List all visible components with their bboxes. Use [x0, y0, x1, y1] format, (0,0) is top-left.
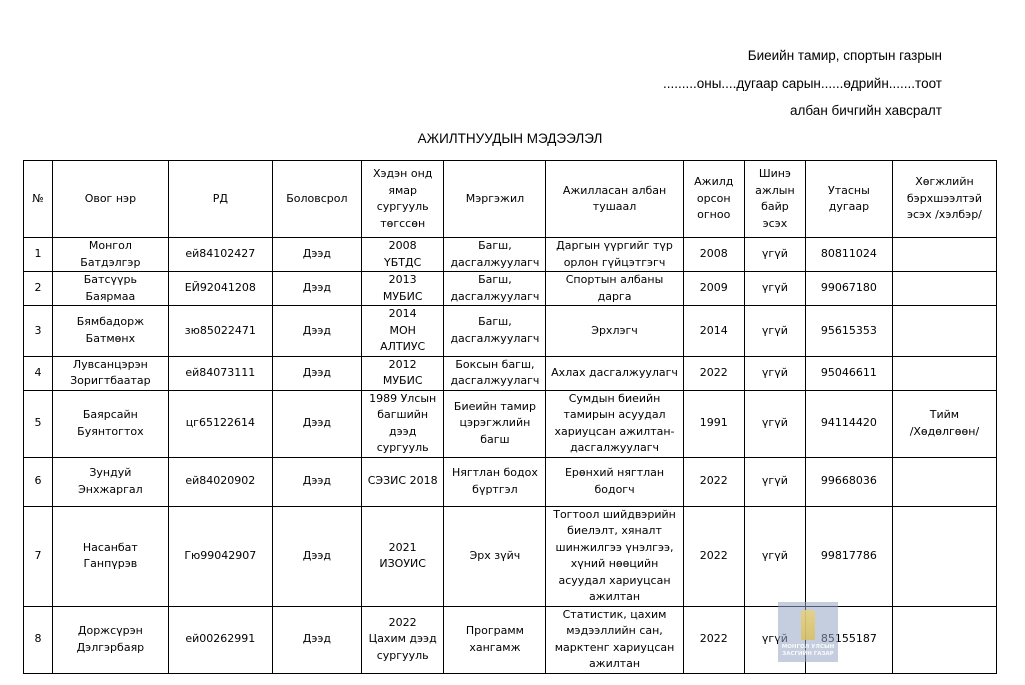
cell-col-new-job: үгүй [744, 306, 805, 357]
header-col-education: Боловсрол [272, 161, 361, 238]
header-col-profession: Мэргэжил [444, 161, 546, 238]
header-col-full-name: Овог нэр [52, 161, 168, 238]
cell-col-disability: Тийм /Хөдөлгөөн/ [892, 390, 996, 457]
header-col-start-date: Ажилд орсон огноо [683, 161, 744, 238]
header-line-letter-number: .........оны....дугаар сарын......өдрийн… [663, 76, 942, 91]
cell-col-start-date: 2022 [683, 457, 744, 506]
cell-col-position: Ерөнхий нягтлан бодогч [546, 457, 683, 506]
table-row: 8Доржсүрэн Дэлгэрбаярей00262991Дээд2022 … [24, 606, 997, 673]
table-row: 6Зундуй Энхжаргалей84020902ДээдСЭЗИС 201… [24, 457, 997, 506]
cell-col-graduation: 2014 МОН АЛТИУС [361, 306, 444, 357]
cell-col-disability [892, 457, 996, 506]
cell-col-education: Дээд [272, 606, 361, 673]
header-col-position: Ажилласан албан тушаал [546, 161, 683, 238]
cell-col-register-id: ЕЙ92041208 [168, 272, 272, 306]
cell-col-full-name: Монгол Батдэлгэр [52, 238, 168, 272]
cell-col-number: 8 [24, 606, 53, 673]
cell-col-full-name: Баярсайн Буянтогтох [52, 390, 168, 457]
cell-col-graduation: 2022 Цахим дээд сургууль [361, 606, 444, 673]
cell-col-disability [892, 238, 996, 272]
table-row: 3Бямбадорж Батмөнхзю85022471Дээд2014 МОН… [24, 306, 997, 357]
cell-col-graduation: 2013 МУБИС [361, 272, 444, 306]
cell-col-graduation: 2021 ИЗОУИС [361, 506, 444, 606]
header-col-phone: Утасны дугаар [805, 161, 892, 238]
table-header-row: №Овог нэрРДБоловсролХэдэн онд ямар сургу… [24, 161, 997, 238]
cell-col-new-job: үгүй [744, 356, 805, 390]
cell-col-graduation: 2008 ҮБТДС [361, 238, 444, 272]
cell-col-position: Статистик, цахим мэдээллийн сан, марктен… [546, 606, 683, 673]
cell-col-position: Тогтоол шийдвэрийн биелэлт, хяналт шинжи… [546, 506, 683, 606]
table-row: 4Лувсанцэрэн Зоригтбаатарей84073111Дээд2… [24, 356, 997, 390]
cell-col-number: 7 [24, 506, 53, 606]
cell-col-start-date: 2022 [683, 356, 744, 390]
header-col-graduation: Хэдэн онд ямар сургууль төгссөн [361, 161, 444, 238]
cell-col-number: 4 [24, 356, 53, 390]
cell-col-education: Дээд [272, 390, 361, 457]
cell-col-phone: 95615353 [805, 306, 892, 357]
table-row: 7Насанбат ГанпүрэвГю99042907Дээд2021 ИЗО… [24, 506, 997, 606]
document-title: АЖИЛТНУУДЫН МЭДЭЭЛЭЛ [0, 131, 1020, 146]
table-body: 1Монгол Батдэлгэрей84102427Дээд2008 ҮБТД… [24, 238, 997, 674]
cell-col-disability [892, 606, 996, 673]
header-line-attachment: албан бичгийн хавсралт [790, 103, 942, 118]
cell-col-phone: 80811024 [805, 238, 892, 272]
cell-col-graduation: 2012 МУБИС [361, 356, 444, 390]
employee-table: №Овог нэрРДБоловсролХэдэн онд ямар сургу… [23, 160, 997, 674]
cell-col-register-id: ей84102427 [168, 238, 272, 272]
cell-col-full-name: Лувсанцэрэн Зоригтбаатар [52, 356, 168, 390]
cell-col-graduation: 1989 Улсын багшийн дээд сургууль [361, 390, 444, 457]
cell-col-register-id: зю85022471 [168, 306, 272, 357]
header-line-agency: Биеийн тамир, спортын газрын [748, 48, 942, 63]
cell-col-education: Дээд [272, 272, 361, 306]
cell-col-number: 1 [24, 238, 53, 272]
cell-col-start-date: 2014 [683, 306, 744, 357]
cell-col-new-job: үгүй [744, 457, 805, 506]
cell-col-phone: 95046611 [805, 356, 892, 390]
cell-col-phone: 99817786 [805, 506, 892, 606]
cell-col-register-id: ей84020902 [168, 457, 272, 506]
table-row: 2Батсүүрь БаярмааЕЙ92041208Дээд2013 МУБИ… [24, 272, 997, 306]
cell-col-full-name: Бямбадорж Батмөнх [52, 306, 168, 357]
header-col-disability: Хөгжлийн бэрхшээлтэй эсэх /хэлбэр/ [892, 161, 996, 238]
cell-col-profession: Багш, дасгалжуулагч [444, 272, 546, 306]
cell-col-new-job: үгүй [744, 506, 805, 606]
cell-col-number: 5 [24, 390, 53, 457]
header-col-register-id: РД [168, 161, 272, 238]
cell-col-position: Эрхлэгч [546, 306, 683, 357]
cell-col-new-job: үгүй [744, 606, 805, 673]
cell-col-position: Спортын албаны дарга [546, 272, 683, 306]
cell-col-position: Даргын үүргийг түр орлон гүйцэтгэгч [546, 238, 683, 272]
cell-col-disability [892, 306, 996, 357]
cell-col-profession: Боксын багш, дасгалжуулагч [444, 356, 546, 390]
cell-col-phone: 99668036 [805, 457, 892, 506]
cell-col-disability [892, 506, 996, 606]
cell-col-profession: Багш, дасгалжуулагч [444, 306, 546, 357]
cell-col-start-date: 2022 [683, 606, 744, 673]
cell-col-register-id: ей84073111 [168, 356, 272, 390]
cell-col-full-name: Зундуй Энхжаргал [52, 457, 168, 506]
cell-col-full-name: Батсүүрь Баярмаа [52, 272, 168, 306]
header-col-new-job: Шинэ ажлын байр эсэх [744, 161, 805, 238]
cell-col-register-id: цг65122614 [168, 390, 272, 457]
cell-col-register-id: ей00262991 [168, 606, 272, 673]
cell-col-number: 6 [24, 457, 53, 506]
cell-col-number: 2 [24, 272, 53, 306]
cell-col-education: Дээд [272, 356, 361, 390]
cell-col-new-job: үгүй [744, 272, 805, 306]
cell-col-profession: Эрх зүйч [444, 506, 546, 606]
cell-col-number: 3 [24, 306, 53, 357]
cell-col-start-date: 2022 [683, 506, 744, 606]
cell-col-full-name: Доржсүрэн Дэлгэрбаяр [52, 606, 168, 673]
header-col-number: № [24, 161, 53, 238]
cell-col-start-date: 2009 [683, 272, 744, 306]
cell-col-full-name: Насанбат Ганпүрэв [52, 506, 168, 606]
cell-col-education: Дээд [272, 457, 361, 506]
cell-col-profession: Биеийн тамир цэрэгжлийн багш [444, 390, 546, 457]
cell-col-phone: 85155187 [805, 606, 892, 673]
cell-col-disability [892, 356, 996, 390]
cell-col-phone: 94114420 [805, 390, 892, 457]
cell-col-education: Дээд [272, 506, 361, 606]
cell-col-start-date: 1991 [683, 390, 744, 457]
cell-col-position: Сумдын биеийн тамирын асуудал хариуцсан … [546, 390, 683, 457]
cell-col-graduation: СЭЗИС 2018 [361, 457, 444, 506]
cell-col-disability [892, 272, 996, 306]
cell-col-new-job: үгүй [744, 390, 805, 457]
cell-col-position: Ахлах дасгалжуулагч [546, 356, 683, 390]
cell-col-profession: Программ хангамж [444, 606, 546, 673]
cell-col-register-id: Гю99042907 [168, 506, 272, 606]
table-row: 5Баярсайн Буянтогтохцг65122614Дээд1989 У… [24, 390, 997, 457]
cell-col-profession: Багш, дасгалжуулагч [444, 238, 546, 272]
cell-col-profession: Нягтлан бодох бүртгэл [444, 457, 546, 506]
cell-col-education: Дээд [272, 238, 361, 272]
table-row: 1Монгол Батдэлгэрей84102427Дээд2008 ҮБТД… [24, 238, 997, 272]
cell-col-phone: 99067180 [805, 272, 892, 306]
cell-col-education: Дээд [272, 306, 361, 357]
cell-col-new-job: үгүй [744, 238, 805, 272]
cell-col-start-date: 2008 [683, 238, 744, 272]
